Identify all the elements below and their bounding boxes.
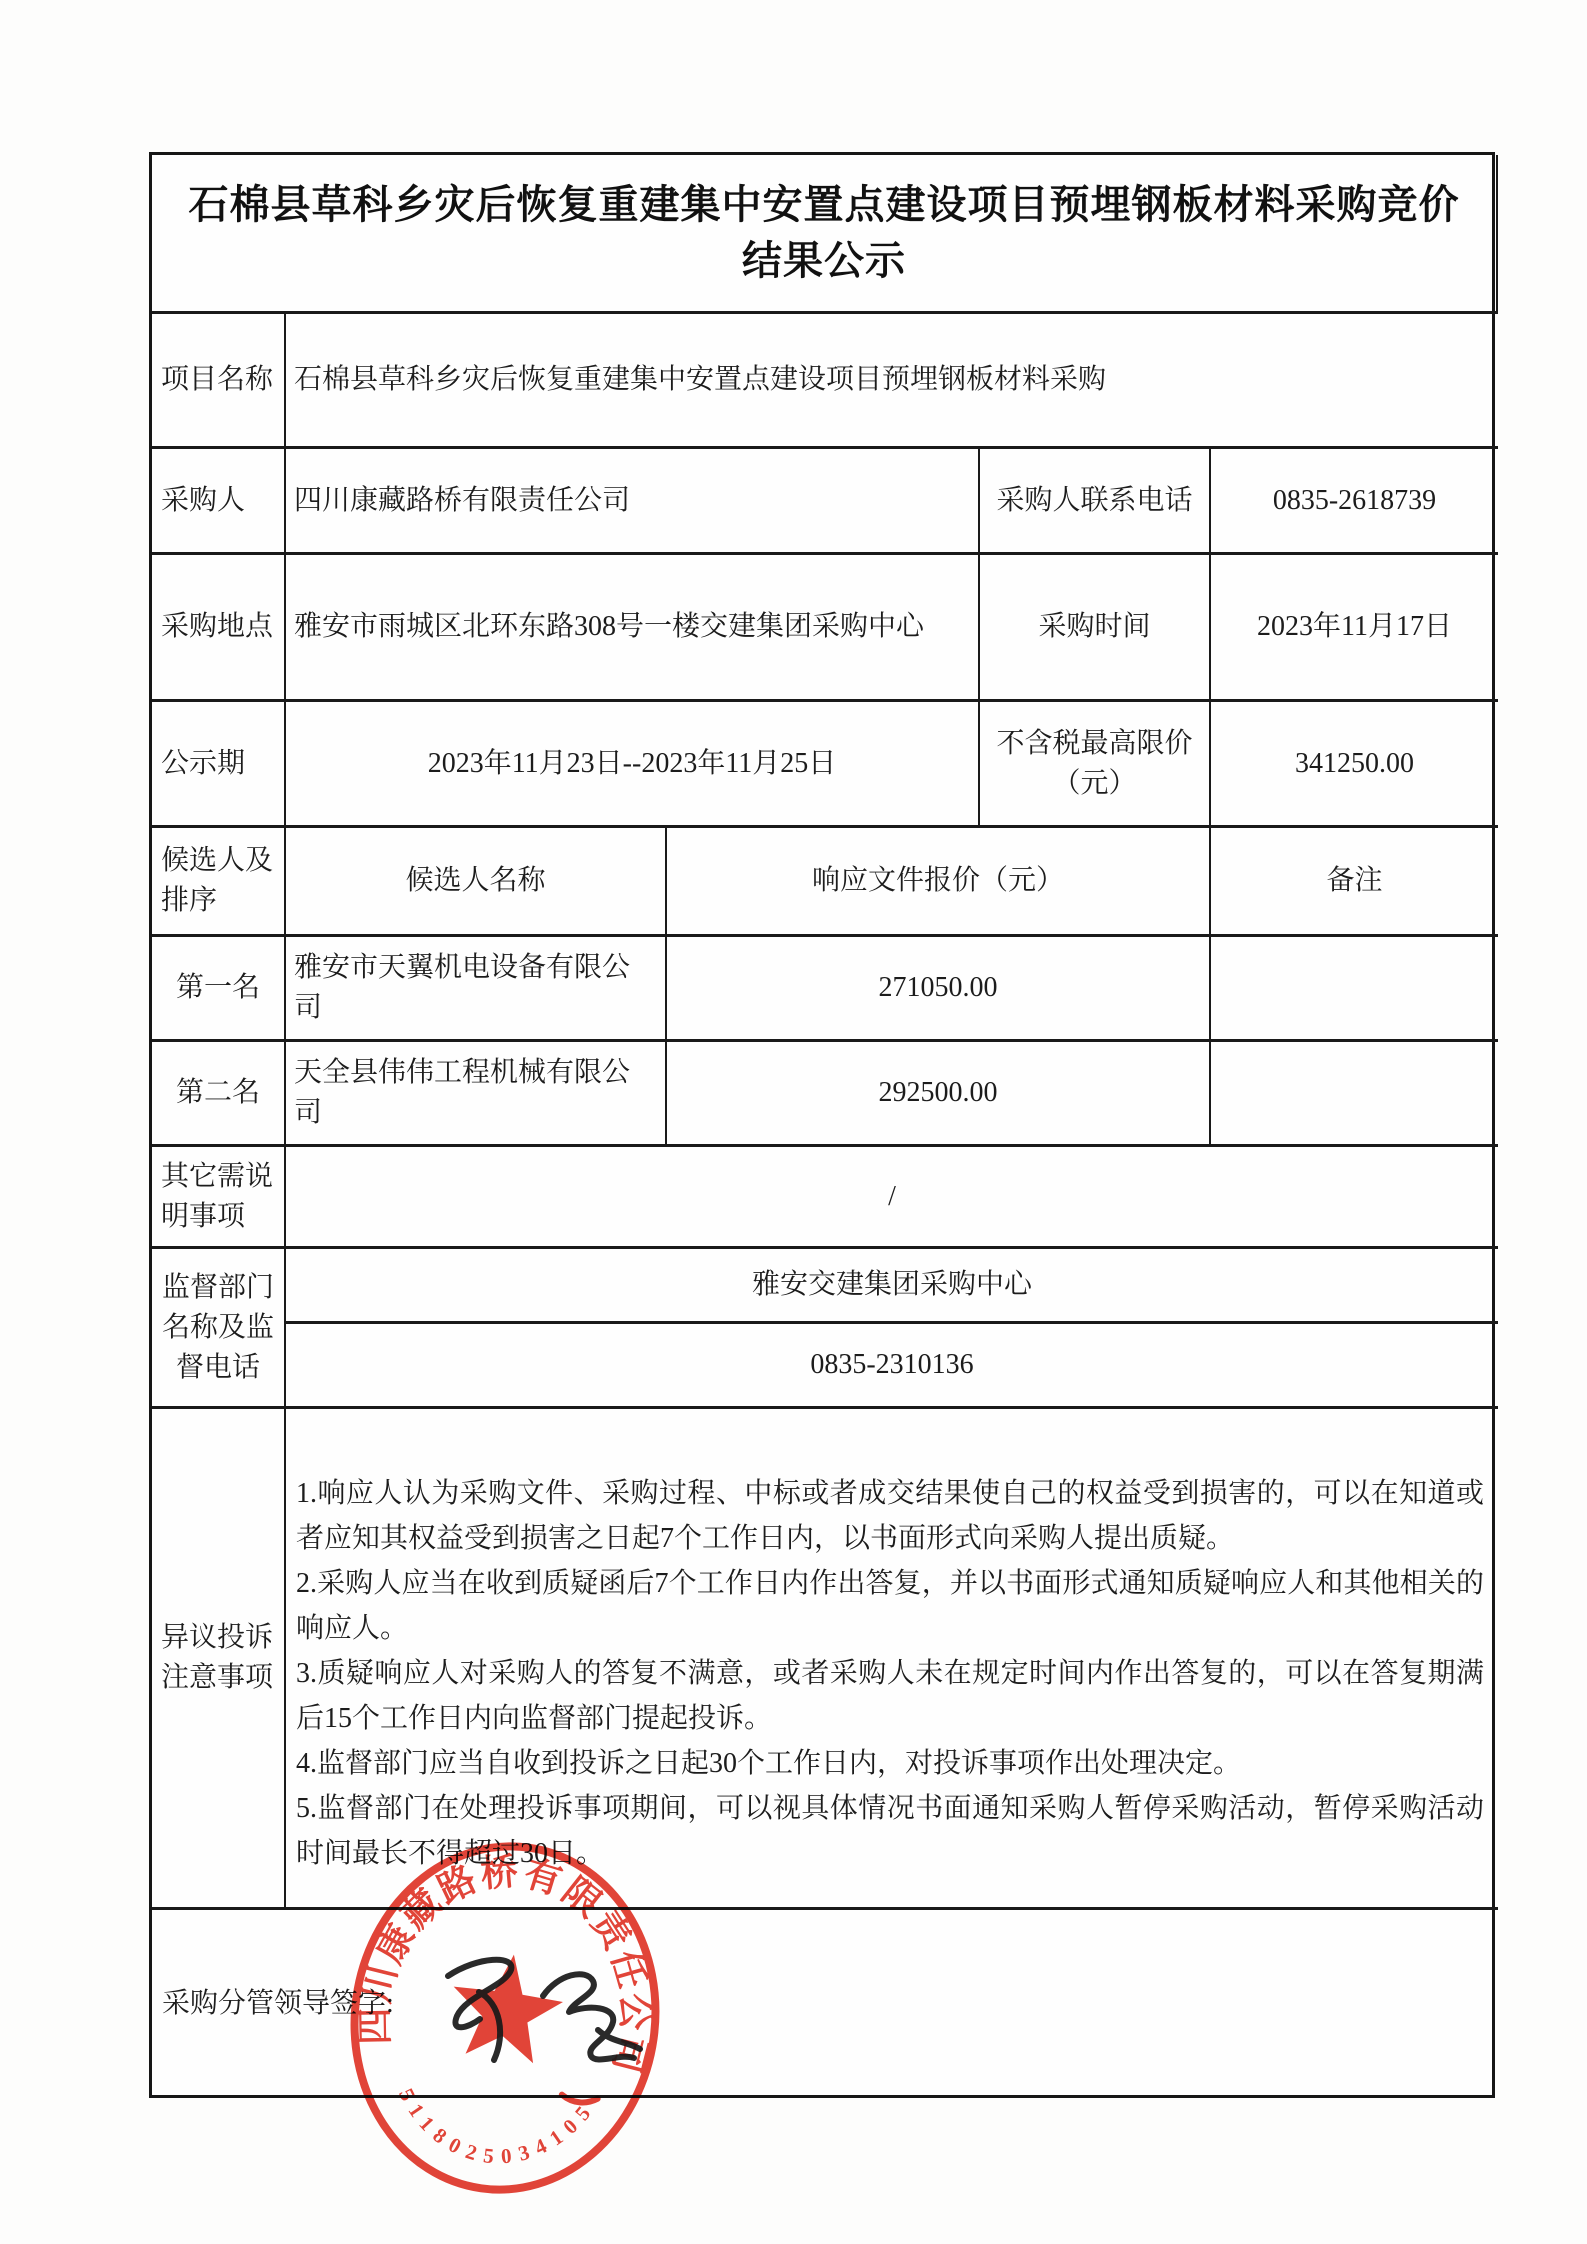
candidate-name: 雅安市天翼机电设备有限公司 [286, 937, 667, 1042]
purchase-time-label: 采购时间 [980, 555, 1211, 702]
max-price-value: 341250.00 [1211, 702, 1498, 828]
purchase-location-value: 雅安市雨城区北环东路308号一楼交建集团采购中心 [286, 555, 980, 702]
objection-item: 2.采购人应当在收到质疑函后7个工作日内作出答复，并以书面形式通知质疑响应人和其… [296, 1561, 1484, 1651]
scanned-document-page: { "document": { "title": "石棉县草科乡灾后恢复重建集中… [0, 0, 1587, 2244]
purchaser-phone-value: 0835-2618739 [1211, 449, 1498, 555]
signature-label: 采购分管领导签字: [162, 1984, 394, 2024]
result-announcement-table: 石棉县草科乡灾后恢复重建集中安置点建设项目预埋钢板材料采购竞价结果公示 项目名称… [149, 152, 1495, 2098]
candidate-price: 271050.00 [667, 937, 1211, 1042]
candidate-note [1211, 937, 1498, 1042]
supervisor-name: 雅安交建集团采购中心 [286, 1249, 1498, 1324]
candidate-note [1211, 1042, 1498, 1147]
project-name-label: 项目名称 [152, 314, 286, 449]
objection-item: 1.响应人认为采购文件、采购过程、中标或者成交结果使自己的权益受到损害的，可以在… [296, 1471, 1484, 1561]
candidate-price: 292500.00 [667, 1042, 1211, 1147]
page-title: 石棉县草科乡灾后恢复重建集中安置点建设项目预埋钢板材料采购竞价结果公示 [152, 155, 1498, 314]
objection-item: 5.监督部门在处理投诉事项期间，可以视具体情况书面通知采购人暂停采购活动，暂停采… [296, 1786, 1484, 1876]
purchase-time-value: 2023年11月17日 [1211, 555, 1498, 702]
candidates-price-header: 响应文件报价（元） [667, 828, 1211, 937]
other-notes-value: / [286, 1147, 1498, 1249]
candidates-name-header: 候选人名称 [286, 828, 667, 937]
purchaser-phone-label: 采购人联系电话 [980, 449, 1211, 555]
candidate-rank: 第一名 [152, 937, 286, 1042]
publicity-period-value: 2023年11月23日--2023年11月25日 [286, 702, 980, 828]
signature-row: 采购分管领导签字: [152, 1910, 1498, 2097]
supervisor-phone: 0835-2310136 [286, 1324, 1498, 1409]
supervisor-label: 监督部门名称及监督电话 [152, 1249, 286, 1409]
objection-text: 1.响应人认为采购文件、采购过程、中标或者成交结果使自己的权益受到损害的，可以在… [286, 1409, 1498, 1910]
objection-item: 4.监督部门应当自收到投诉之日起30个工作日内，对投诉事项作出处理决定。 [296, 1741, 1484, 1786]
other-notes-label: 其它需说明事项 [152, 1147, 286, 1249]
project-name-value: 石棉县草科乡灾后恢复重建集中安置点建设项目预埋钢板材料采购 [286, 314, 1498, 449]
purchaser-label: 采购人 [152, 449, 286, 555]
objection-item: 3.质疑响应人对采购人的答复不满意，或者采购人未在规定时间内作出答复的，可以在答… [296, 1651, 1484, 1741]
publicity-period-label: 公示期 [152, 702, 286, 828]
candidates-rank-header: 候选人及排序 [152, 828, 286, 937]
max-price-label: 不含税最高限价（元） [980, 702, 1211, 828]
candidate-name: 天全县伟伟工程机械有限公司 [286, 1042, 667, 1147]
candidates-note-header: 备注 [1211, 828, 1498, 937]
purchaser-value: 四川康藏路桥有限责任公司 [286, 449, 980, 555]
purchase-location-label: 采购地点 [152, 555, 286, 702]
objection-label: 异议投诉注意事项 [152, 1409, 286, 1910]
candidate-rank: 第二名 [152, 1042, 286, 1147]
